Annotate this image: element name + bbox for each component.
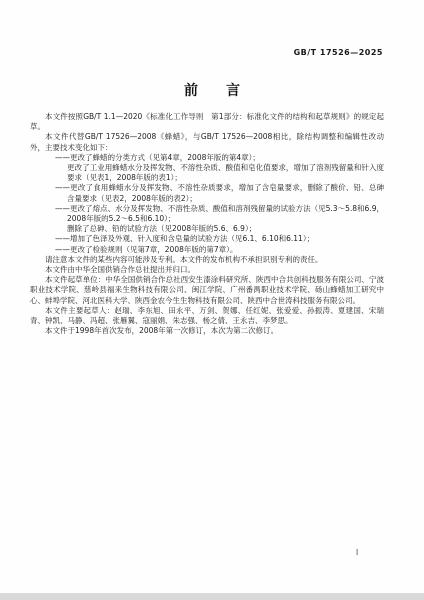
foreword-heading: 前 言: [0, 80, 424, 100]
paragraph: 更改了工业用蜂蜡水分及挥发物、不溶性杂质、酸值和皂化值要求，增加了溶剂残留量和针…: [30, 163, 384, 183]
paragraph: ——更改了检验规则（见第7章，2008年版的第7章）。: [30, 245, 384, 255]
standard-number: GB/T 17526—2025: [294, 48, 383, 57]
paragraph: 请注意本文件的某些内容可能涉及专利。本文件的发布机构不承担识别专利的责任。: [30, 255, 384, 265]
paragraph: ——更改了食用蜂蜡水分及挥发物、不溶性杂质要求，增加了含皂量要求，删除了酸价、铅…: [30, 183, 384, 203]
page-bottom-edge: [0, 593, 424, 600]
foreword-body: 本文件按照GB/T 1.1—2020《标准化工作导则 第1部分：标准化文件的结构…: [30, 112, 384, 336]
paragraph: 本文件按照GB/T 1.1—2020《标准化工作导则 第1部分：标准化文件的结构…: [30, 112, 384, 132]
page-number: Ⅰ: [356, 548, 358, 557]
paragraph: 本文件主要起草人：赵瑞、李东旭、田永平、万剑、贺娜、任红妮、张爱爱、孙振涛、夏建…: [30, 306, 384, 326]
paragraph: 本文件于1998年首次发布，2008年第一次修订，本次为第二次修订。: [30, 326, 384, 336]
paragraph: 本文件起草单位：中华全国供销合作总社西安生漆涂料研究所、陕西中合共创科技服务有限…: [30, 275, 384, 306]
paragraph: 本文件代替GB/T 17526—2008《蜂蜡》，与GB/T 17526—200…: [30, 132, 384, 152]
paragraph: ——增加了色泽及外观、针入度和含皂量的试验方法（见6.1、6.10和6.11）；: [30, 234, 384, 244]
document-page: GB/T 17526—2025 前 言 本文件按照GB/T 1.1—2020《标…: [0, 0, 424, 600]
paragraph: 本文件由中华全国供销合作总社提出并归口。: [30, 265, 384, 275]
paragraph: ——更改了熔点、水分及挥发物、不溶性杂质、酸值和溶剂残留量的试验方法（见5.3～…: [30, 204, 384, 224]
paragraph: ——更改了蜂蜡的分类方式（见第4章，2008年版的第4章）；: [30, 153, 384, 163]
paragraph: 删除了总砷、铅的试验方法（见2008年版的5.6、6.9）；: [30, 224, 384, 234]
